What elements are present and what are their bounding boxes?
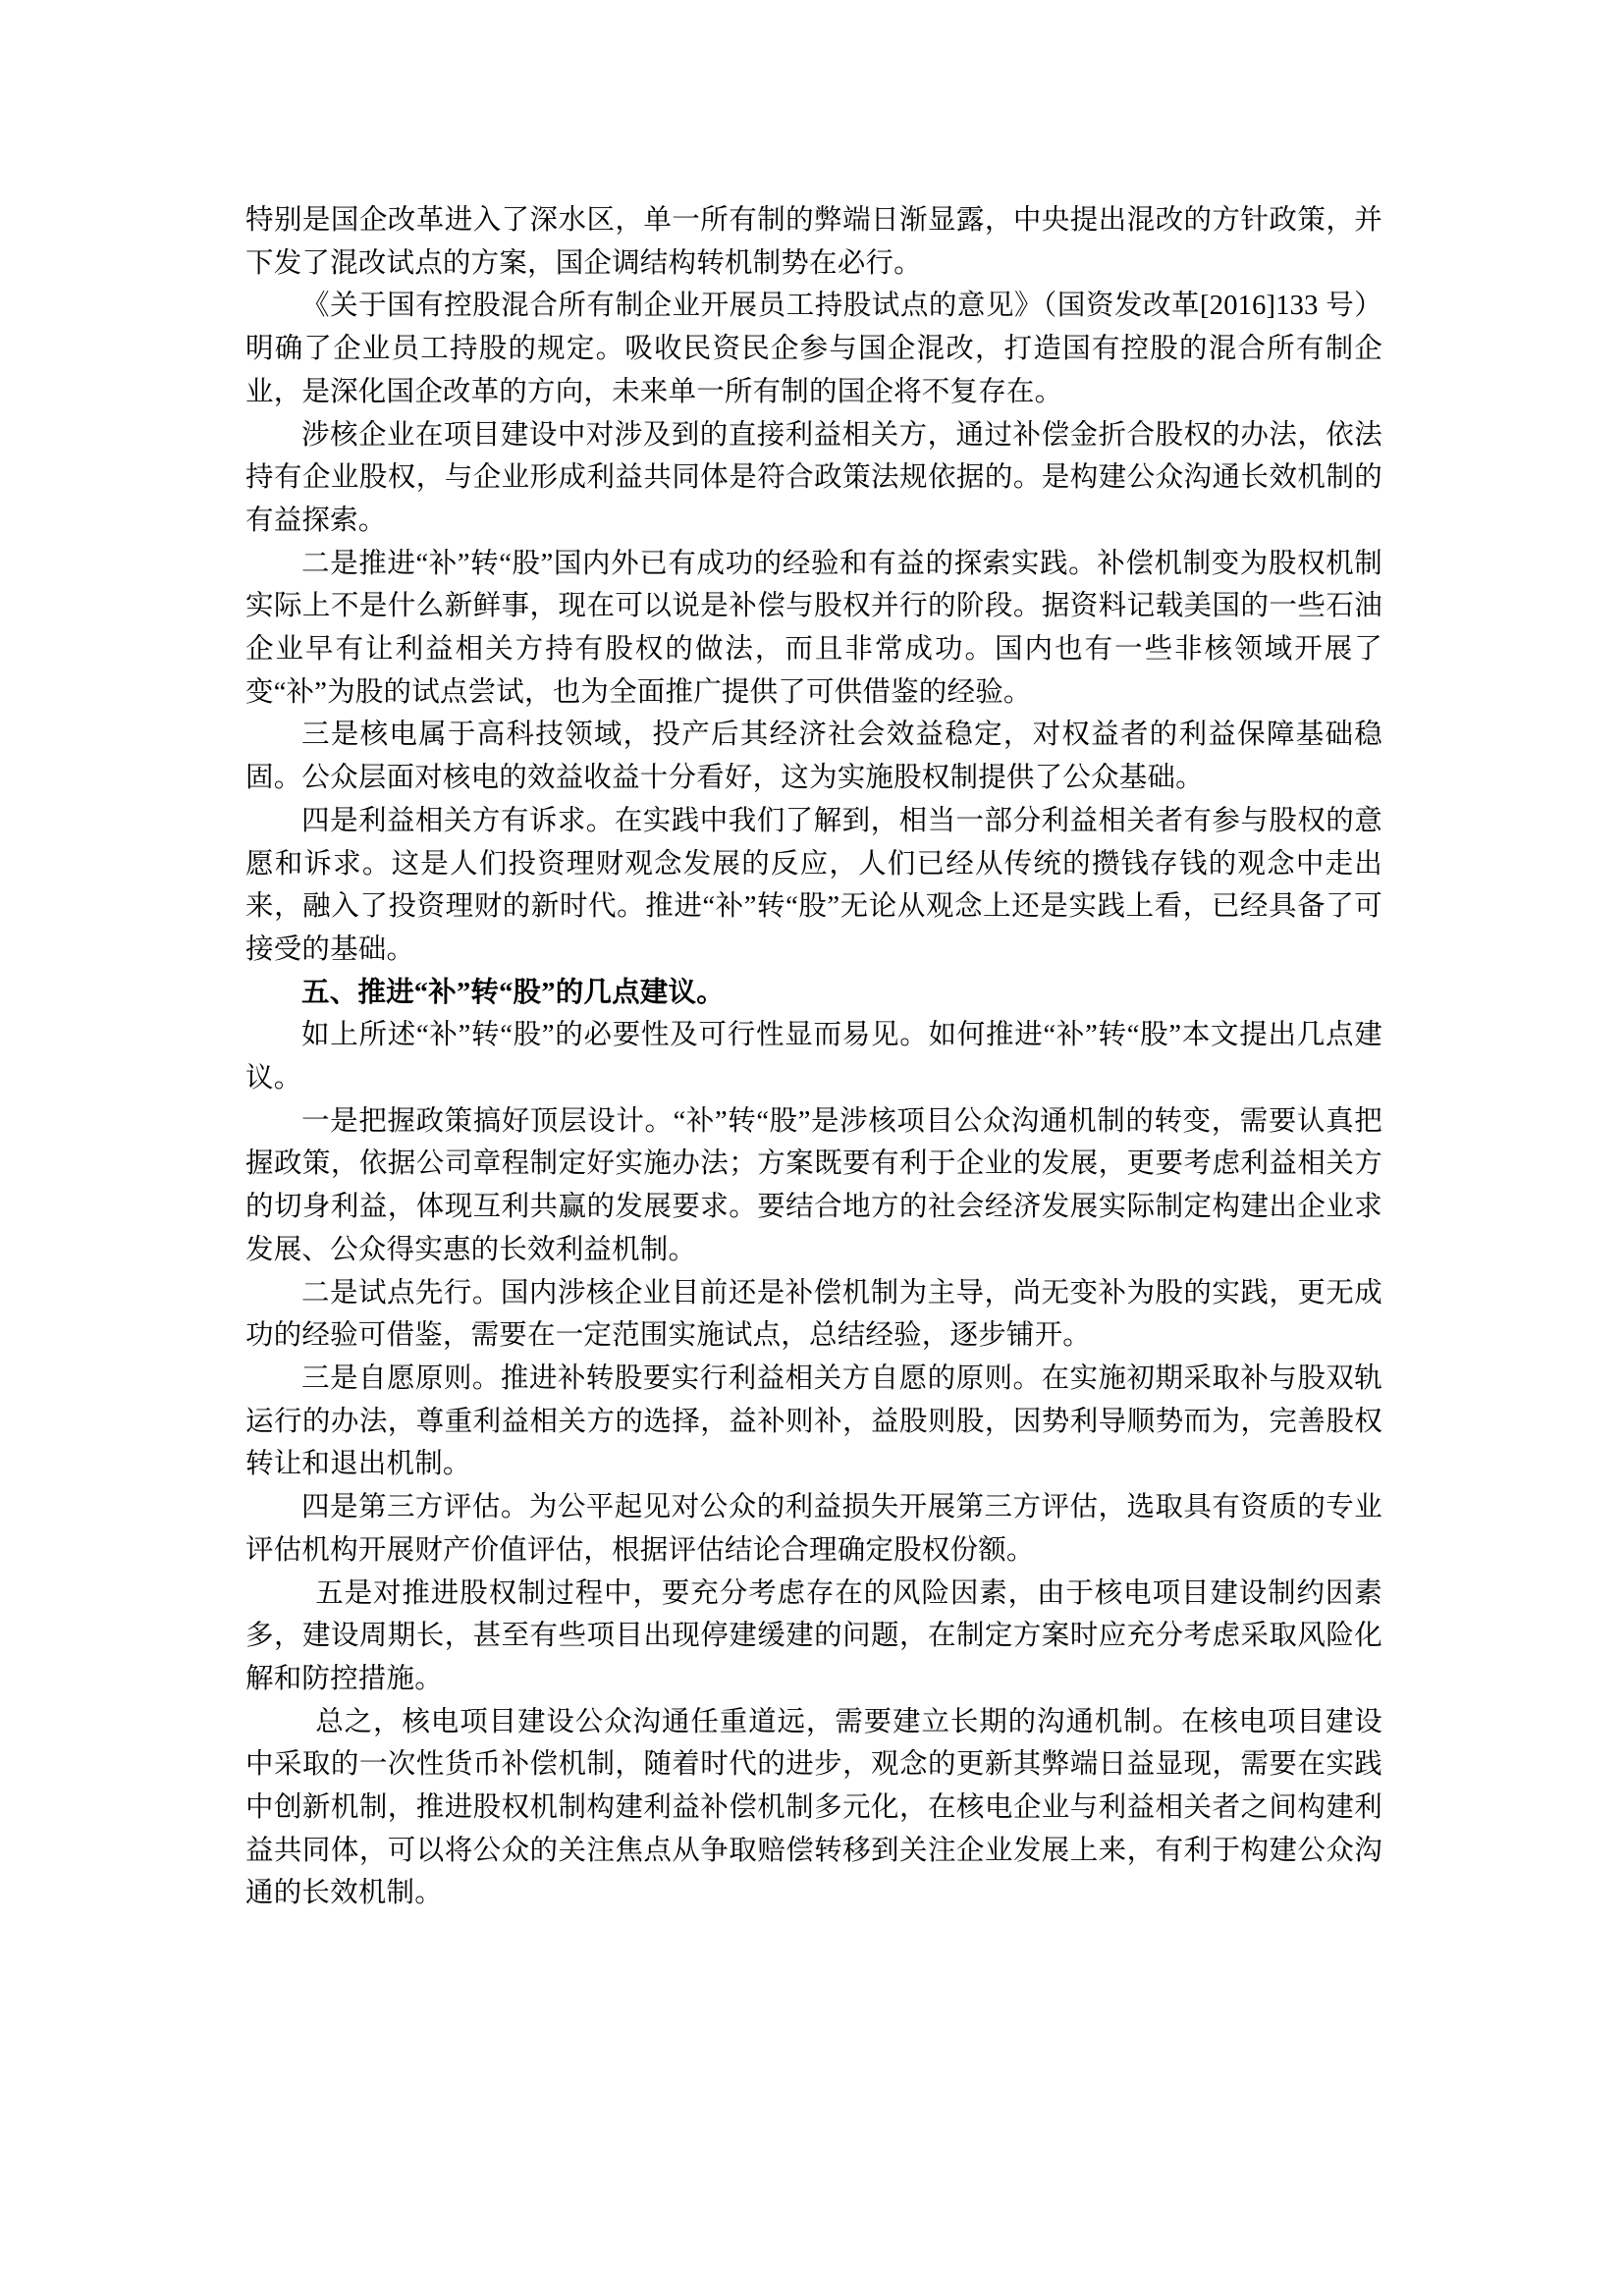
paragraph: 如上所述“补”转“股”的必要性及可行性显而易见。如何推进“补”转“股”本文提出几… <box>245 1014 1382 1099</box>
paragraph: 《关于国有控股混合所有制企业开展员工持股试点的意见》（国资发改革[2016]13… <box>245 285 1382 413</box>
paragraph: 涉核企业在项目建设中对涉及到的直接利益相关方，通过补偿金折合股权的办法，依法持有… <box>245 414 1382 543</box>
paragraph: 总之，核电项目建设公众沟通任重道远，需要建立长期的沟通机制。在核电项目建设中采取… <box>245 1701 1382 1916</box>
paragraph: 特别是国企改革进入了深水区，单一所有制的弊端日渐显露，中央提出混改的方针政策，并… <box>245 199 1382 285</box>
paragraph: 三是核电属于高科技领域，投产后其经济社会效益稳定，对权益者的利益保障基础稳固。公… <box>245 714 1382 799</box>
document-page: { "page": { "background_color": "#ffffff… <box>0 0 1624 2296</box>
section-heading: 五、推进“补”转“股”的几点建议。 <box>245 972 1382 1015</box>
paragraph: 五是对推进股权制过程中，要充分考虑存在的风险因素，由于核电项目建设制约因素多，建… <box>245 1573 1382 1701</box>
paragraph: 二是试点先行。国内涉核企业目前还是补偿机制为主导，尚无变补为股的实践，更无成功的… <box>245 1272 1382 1358</box>
paragraph: 三是自愿原则。推进补转股要实行利益相关方自愿的原则。在实施初期采取补与股双轨运行… <box>245 1358 1382 1486</box>
paragraph: 二是推进“补”转“股”国内外已有成功的经验和有益的探索实践。补偿机制变为股权机制… <box>245 543 1382 715</box>
document-text-block: 特别是国企改革进入了深水区，单一所有制的弊端日渐显露，中央提出混改的方针政策，并… <box>245 199 1382 1915</box>
paragraph: 四是利益相关方有诉求。在实践中我们了解到，相当一部分利益相关者有参与股权的意愿和… <box>245 800 1382 972</box>
paragraph: 四是第三方评估。为公平起见对公众的利益损失开展第三方评估，选取具有资质的专业评估… <box>245 1486 1382 1572</box>
paragraph: 一是把握政策搞好顶层设计。“补”转“股”是涉核项目公众沟通机制的转变，需要认真把… <box>245 1100 1382 1272</box>
